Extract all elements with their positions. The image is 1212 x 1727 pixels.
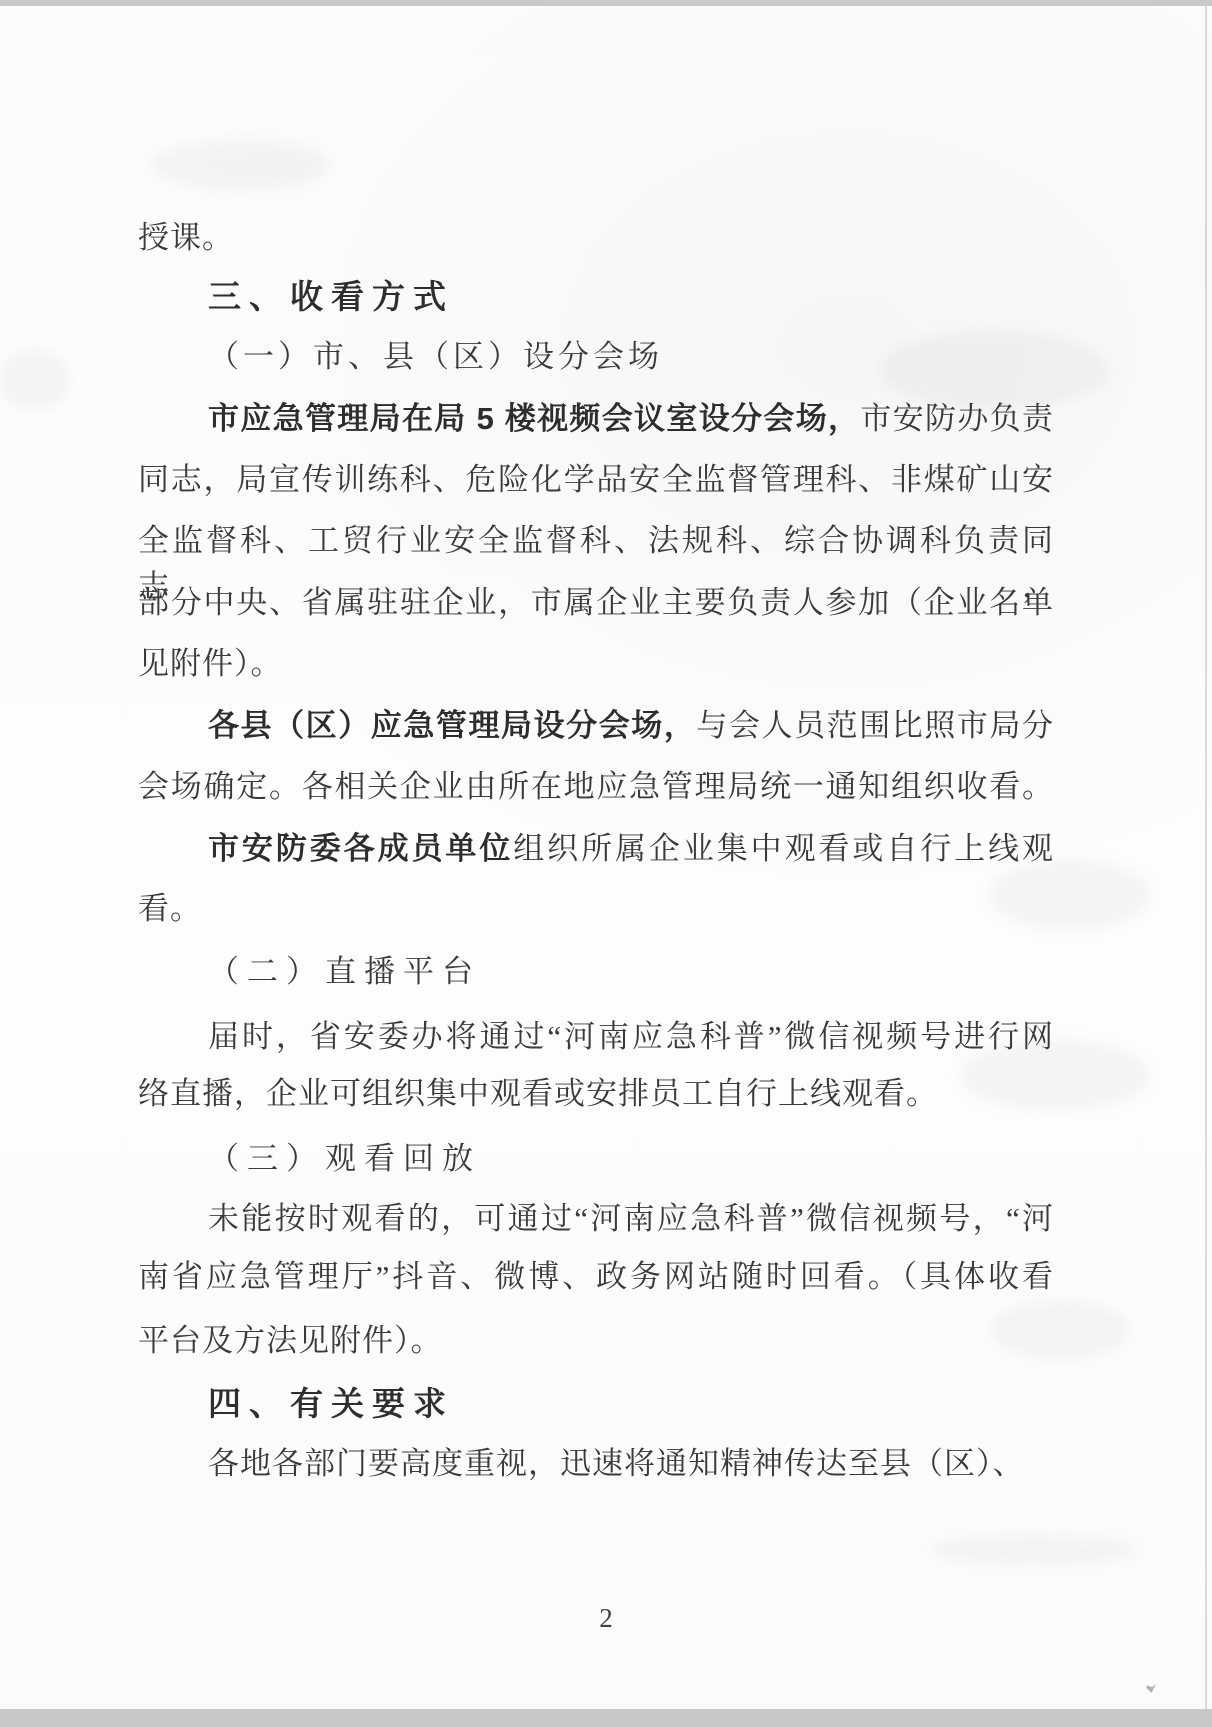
heading-text: （一）市、县（区）设分会场 bbox=[208, 339, 663, 374]
text-line: 部分中央、省属驻驻企业，市属企业主要负责人参加（企业名单 bbox=[138, 580, 1054, 626]
heading-text: （三）观看回放 bbox=[208, 1141, 481, 1176]
text-line: 未能按时观看的，可通过“河南应急科普”微信视频号，“河 bbox=[138, 1196, 1054, 1242]
text-line: 市应急管理局在局 5 楼视频会议室设分会场，市安防办负责 bbox=[138, 396, 1054, 442]
scan-artifact bbox=[0, 350, 70, 410]
heading-text: 四、有关要求 bbox=[208, 1385, 454, 1422]
subsection-heading-2: （二）直播平台 bbox=[138, 949, 1054, 995]
line-text: 届时，省安委办将通过“河南应急科普”微信视频号进行网 bbox=[208, 1019, 1054, 1054]
scan-edge-right bbox=[1205, 6, 1207, 1709]
line-text: 见附件）。 bbox=[138, 646, 283, 681]
scan-edge-top bbox=[0, 0, 1212, 6]
page-number: 2 bbox=[0, 1603, 1212, 1634]
heading-text: （二）直播平台 bbox=[208, 954, 481, 989]
text-line: 络直播，企业可组织集中观看或安排员工自行上线观看。 bbox=[138, 1071, 1054, 1117]
section-heading-4: 四、有关要求 bbox=[138, 1381, 1054, 1427]
scan-artifact bbox=[150, 140, 330, 190]
line-text: 络直播，企业可组织集中观看或安排员工自行上线观看。 bbox=[138, 1076, 938, 1111]
line-text: 部分中央、省属驻驻企业，市属企业主要负责人参加（企业名单 bbox=[138, 585, 1054, 620]
line-text: 市安防办负责 bbox=[860, 401, 1054, 436]
subsection-heading-3: （三）观看回放 bbox=[138, 1136, 1054, 1182]
line-text: 会场确定。各相关企业由所在地应急管理局统一通知组织收看。 bbox=[138, 769, 1054, 804]
line-text: 各地各部门要高度重视，迅速将通知精神传达至县（区）、 bbox=[208, 1446, 1025, 1481]
line-text: 授课。 bbox=[138, 220, 234, 255]
subsection-heading-1: （一）市、县（区）设分会场 bbox=[138, 334, 1054, 380]
line-text: 未能按时观看的，可通过“河南应急科普”微信视频号，“河 bbox=[208, 1201, 1054, 1236]
line-text: 平台及方法见附件）。 bbox=[138, 1323, 443, 1358]
scan-speck bbox=[1146, 1684, 1156, 1693]
text-line: 届时，省安委办将通过“河南应急科普”微信视频号进行网 bbox=[138, 1014, 1054, 1060]
line-text: 与会人员范围比照市局分 bbox=[696, 708, 1054, 743]
scanned-document-page: 授课。 三、收看方式 （一）市、县（区）设分会场 市应急管理局在局 5 楼视频会… bbox=[0, 0, 1212, 1727]
text-line: 各地各部门要高度重视，迅速将通知精神传达至县（区）、 bbox=[138, 1441, 1054, 1487]
heading-text: 三、收看方式 bbox=[208, 278, 454, 315]
text-line: 见附件）。 bbox=[138, 641, 1054, 687]
bold-run: 市应急管理局在局 5 楼视频会议室设分会场， bbox=[208, 401, 860, 436]
text-line: 南省应急管理厅”抖音、微博、政务网站随时回看。（具体收看 bbox=[138, 1254, 1054, 1300]
scan-edge-bottom bbox=[0, 1709, 1212, 1727]
text-line: 市安防委各成员单位组织所属企业集中观看或自行上线观 bbox=[138, 826, 1054, 872]
text-line: 会场确定。各相关企业由所在地应急管理局统一通知组织收看。 bbox=[138, 764, 1054, 810]
bold-run: 各县（区）应急管理局设分会场， bbox=[208, 708, 696, 743]
text-line: 各县（区）应急管理局设分会场，与会人员范围比照市局分 bbox=[138, 703, 1054, 749]
line-text: 看。 bbox=[138, 891, 202, 926]
text-line: 同志，局宣传训练科、危险化学品安全监督管理科、非煤矿山安 bbox=[138, 457, 1054, 503]
section-heading-3: 三、收看方式 bbox=[138, 274, 1054, 320]
text-line: 授课。 bbox=[138, 215, 1054, 261]
line-text: 南省应急管理厅”抖音、微博、政务网站随时回看。（具体收看 bbox=[138, 1259, 1054, 1294]
text-line: 平台及方法见附件）。 bbox=[138, 1318, 1054, 1364]
bold-run: 市安防委各成员单位 bbox=[208, 831, 513, 866]
text-line: 看。 bbox=[138, 886, 1054, 932]
scan-artifact bbox=[930, 1535, 1140, 1565]
line-text: 组织所属企业集中观看或自行上线观 bbox=[513, 831, 1054, 866]
line-text: 同志，局宣传训练科、危险化学品安全监督管理科、非煤矿山安 bbox=[138, 462, 1054, 497]
